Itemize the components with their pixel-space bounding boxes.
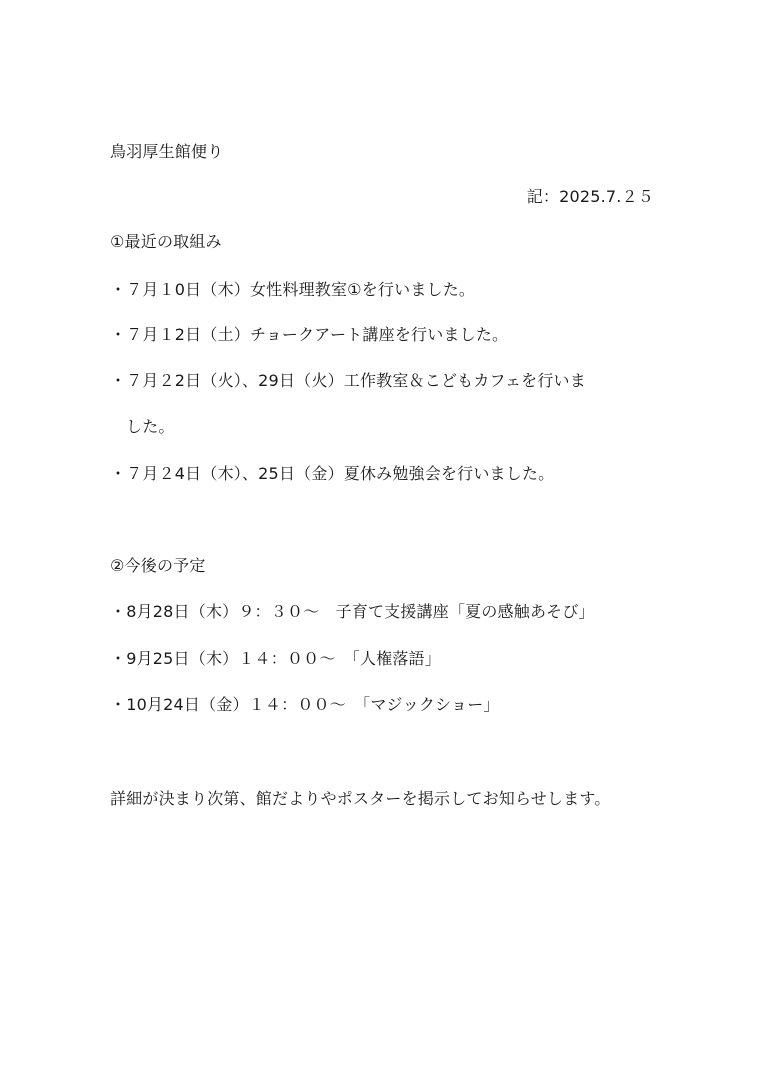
document-title: 鳥羽厚生館便り <box>110 142 223 162</box>
section-heading-recent: ①最近の取組み <box>110 232 222 252</box>
list-item-continuation: した。 <box>126 417 175 437</box>
section-heading-upcoming: ②今後の予定 <box>110 556 206 576</box>
footer-note: 詳細が決まり次第、館だよりやポスターを掲示してお知らせします。 <box>110 789 610 809</box>
list-item: ・７月２4日（木）、25日（金）夏休み勉強会を行いました。 <box>110 464 554 484</box>
list-item: ・8月28日（木）９：３０～ 子育て支援講座「夏の感触あそび」 <box>110 602 595 622</box>
list-item: ・10月24日（金）１４：００～ 「マジックショー」 <box>110 695 500 715</box>
document-page: 鳥羽厚生館便り 記：2025.7.２５ ①最近の取組み ・７月１0日（木）女性料… <box>0 0 764 1080</box>
list-item: ・７月１0日（木）女性料理教室①を行いました。 <box>110 280 475 300</box>
list-item: ・７月１2日（土）チョークアート講座を行いました。 <box>110 325 508 345</box>
date-line: 記：2025.7.２５ <box>527 187 654 207</box>
list-item: ・７月２2日（火）、29日（火）工作教室＆こどもカフェを行いま <box>110 371 586 391</box>
list-item: ・9月25日（木）１４：００～ 「人権落語」 <box>110 649 441 669</box>
